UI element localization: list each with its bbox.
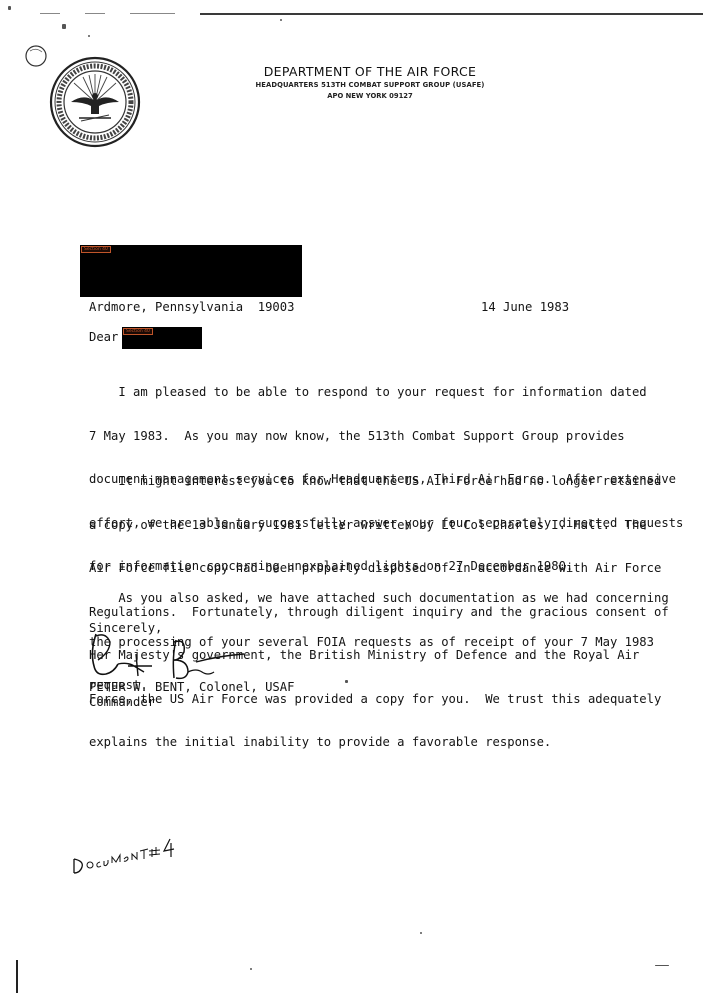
scan-artifact-dot xyxy=(250,968,252,970)
signer-name: PETER W. BENT, Colonel, USAF xyxy=(89,680,294,695)
department-name: DEPARTMENT OF THE AIR FORCE xyxy=(230,64,510,80)
handwritten-document-number: Document # 4 xyxy=(70,835,180,875)
salutation: Dear xyxy=(89,330,118,345)
paragraph-line: It might interest you to know that the U… xyxy=(89,474,669,489)
signer-title: Commander xyxy=(89,695,155,710)
redaction-label: Section 40 xyxy=(123,328,153,335)
recipient-name-redaction: Section 40 xyxy=(122,327,202,349)
recipient-address-redaction: Section 40 xyxy=(80,245,302,297)
scan-artifact-line xyxy=(85,13,105,14)
letter-page: DEPARTMENT OF THE AIR FORCE HEADQUARTERS… xyxy=(0,0,703,993)
redaction-label: Section 40 xyxy=(81,246,111,253)
dod-seal-icon xyxy=(37,52,153,150)
letterhead: DEPARTMENT OF THE AIR FORCE HEADQUARTERS… xyxy=(230,64,510,102)
scan-artifact-dot xyxy=(655,965,669,966)
paragraph-line: 7 May 1983. As you may now know, the 513… xyxy=(89,429,683,444)
scan-artifact-dot xyxy=(420,932,422,934)
paragraph-line: As you also asked, we have attached such… xyxy=(89,591,669,606)
scan-artifact-dot xyxy=(8,6,11,10)
scan-artifact-line xyxy=(200,13,703,15)
paragraph-line: I am pleased to be able to respond to yo… xyxy=(89,385,683,400)
letter-date: 14 June 1983 xyxy=(481,300,569,315)
paragraph-line: explains the initial inability to provid… xyxy=(89,735,669,750)
scan-artifact-line xyxy=(130,13,175,14)
handwritten-signature xyxy=(88,632,248,684)
recipient-city-state-zip: Ardmore, Pennsylvania 19003 xyxy=(89,300,294,315)
apo-address: APO NEW YORK 09127 xyxy=(230,91,510,102)
scan-artifact-dot xyxy=(280,19,282,21)
scan-artifact-line xyxy=(40,13,60,14)
scan-edge-mark xyxy=(16,960,18,993)
paragraph-line: a copy of the 13 January 1981 letter wri… xyxy=(89,518,669,533)
scan-artifact-dot xyxy=(88,35,90,37)
scan-artifact-dot xyxy=(62,24,66,29)
headquarters-line: HEADQUARTERS 513TH COMBAT SUPPORT GROUP … xyxy=(230,80,510,91)
